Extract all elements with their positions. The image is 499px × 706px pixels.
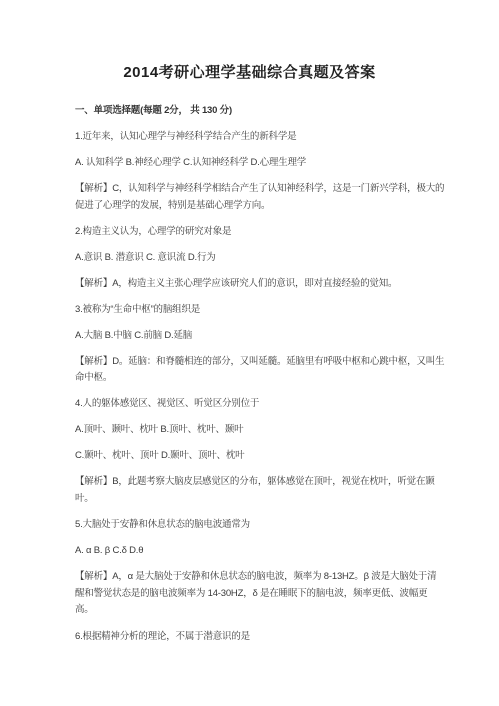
question-1-stem: 1.近年来，认知心理学与神经科学结合产生的新科学是 <box>75 129 445 146</box>
question-2-options: A.意识 B. 潜意识 C. 意识流 D.行为 <box>75 250 445 267</box>
question-2-stem: 2.构造主义认为，心理学的研究对象是 <box>75 224 445 241</box>
question-2-analysis: 【解析】A，构造主义主张心理学应该研究人们的意识，即对直接经验的觉知。 <box>75 276 445 293</box>
question-5-analysis: 【解析】A，α 是大脑处于安静和休息状态的脑电波，频率为 8-13HZ。β 波是… <box>75 569 445 619</box>
document-body: 一、单项选择题(每题 2分， 共 130 分) 1.近年来，认知心理学与神经科学… <box>75 103 445 645</box>
question-3-stem: 3.被称为“生命中枢”的脑组织是 <box>75 302 445 319</box>
question-4-stem: 4.人的躯体感觉区、视觉区、听觉区分别位于 <box>75 396 445 413</box>
exam-document-page: 2014考研心理学基础综合真题及答案 一、单项选择题(每题 2分， 共 130 … <box>0 0 499 706</box>
question-1-analysis: 【解析】C，认知科学与神经科学相结合产生了认知神经科学，这是一门新兴学科，极大的… <box>75 181 445 214</box>
question-4-options-ab: A.顶叶、颞叶、枕叶 B.顶叶、枕叶、颞叶 <box>75 422 445 439</box>
document-title: 2014考研心理学基础综合真题及答案 <box>0 0 499 83</box>
question-1-options: A. 认知科学 B.神经心理学 C.认知神经科学 D.心理生理学 <box>75 155 445 172</box>
question-4-analysis: 【解析】B，此题考察大脑皮层感觉区的分布，躯体感觉在顶叶，视觉在枕叶，听觉在颞叶… <box>75 474 445 507</box>
question-3-analysis: 【解析】D。延脑：和脊髓相连的部分，又叫延髓。延脑里有呼吸中枢和心跳中枢，又叫生… <box>75 354 445 387</box>
question-6-stem: 6.根据精神分析的理论，不属于潜意识的是 <box>75 629 445 646</box>
question-3-options: A.大脑 B.中脑 C.前脑 D.延脑 <box>75 328 445 345</box>
section-header: 一、单项选择题(每题 2分， 共 130 分) <box>75 103 445 120</box>
question-5-stem: 5.大脑处于安静和休息状态的脑电波通常为 <box>75 517 445 534</box>
question-4-options-cd: C.颞叶、枕叶、顶叶 D.颞叶、顶叶、枕叶 <box>75 448 445 465</box>
question-5-options: A. α B. β C.δ D.θ <box>75 543 445 560</box>
